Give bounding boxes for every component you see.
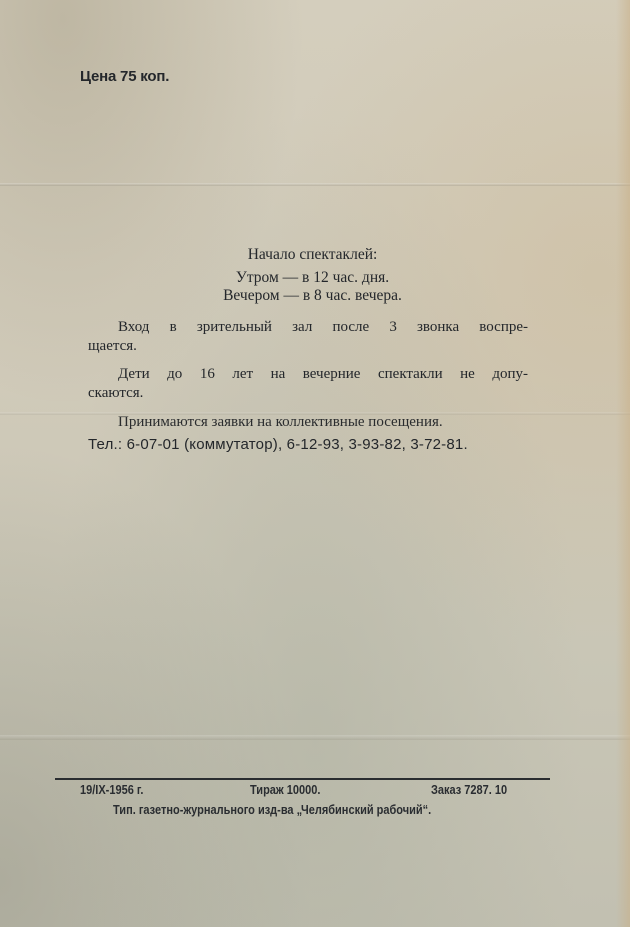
paper-fold-line (0, 735, 630, 740)
imprint-order-number: Заказ 7287. 10 (431, 783, 507, 797)
performance-schedule: Начало спектаклей: Утром — в 12 час. дня… (180, 246, 445, 305)
entry-rule: Вход в зрительный зал после 3 звонка вос… (88, 318, 528, 356)
imprint-printer: Тип. газетно-журнального изд-ва „Челябин… (113, 803, 431, 817)
price-label: Цена 75 коп. (80, 68, 169, 85)
schedule-morning: Утром — в 12 час. дня. (180, 269, 445, 287)
paper-fold-line (0, 183, 630, 186)
imprint-print-run: Тираж 10000. (250, 783, 320, 797)
schedule-heading: Начало спектаклей: (180, 246, 445, 264)
paper-edge-stain (616, 0, 630, 927)
group-visits-notice: Принимаются заявки на коллективные посещ… (88, 413, 528, 432)
imprint-date: 19/IX-1956 г. (80, 783, 143, 797)
children-rule: Дети до 16 лет на вечерние спектакли не … (88, 365, 528, 403)
phone-numbers: Тел.: 6-07-01 (коммутатор), 6-12-93, 3-9… (88, 436, 468, 453)
schedule-evening: Вечером — в 8 час. вечера. (180, 287, 445, 305)
imprint-divider (55, 778, 550, 780)
